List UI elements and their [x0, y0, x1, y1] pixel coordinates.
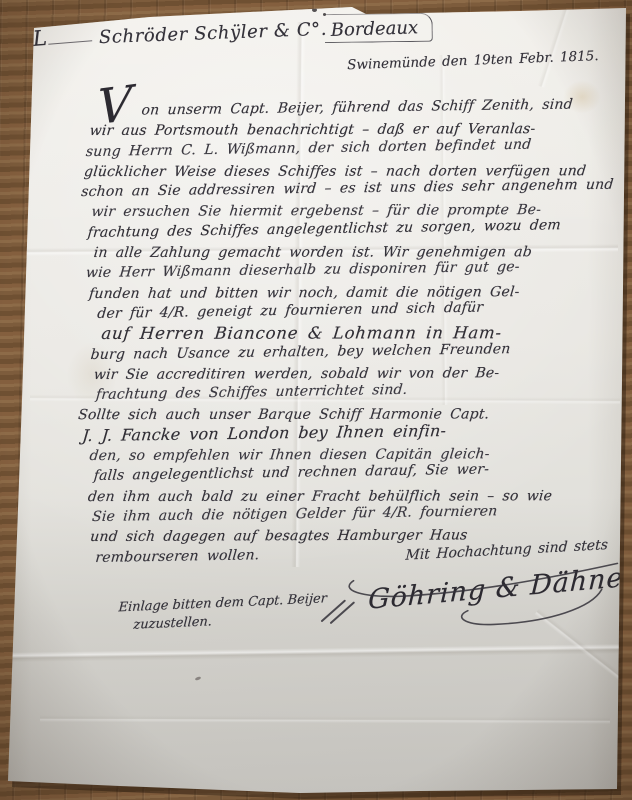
photo-vignette: [0, 0, 632, 800]
photo-background: L Schröder Schÿler & C°. Bordeaux Swinem…: [0, 0, 632, 800]
